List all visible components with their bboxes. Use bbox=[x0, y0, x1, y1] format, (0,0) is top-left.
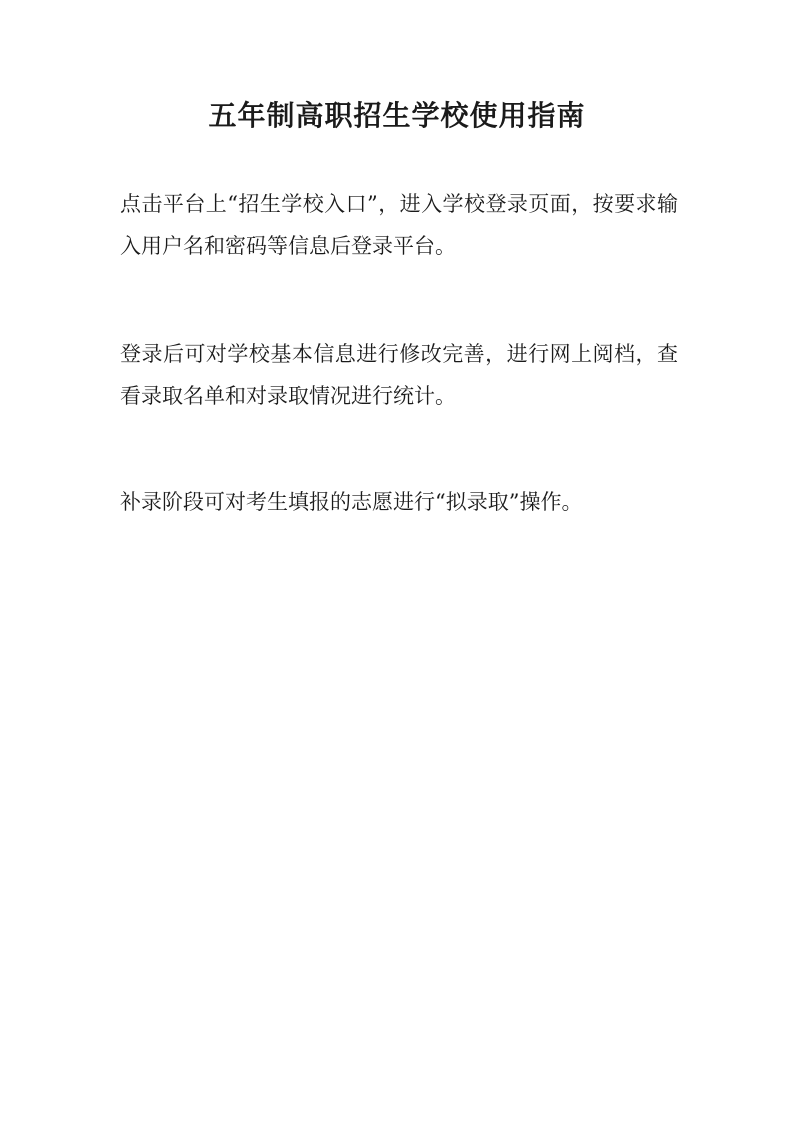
document-page: 五年制高职招生学校使用指南 点击平台上“招生学校入口”，进入学校登录页面，按要求… bbox=[0, 0, 794, 1122]
paragraph-login-instructions: 点击平台上“招生学校入口”，进入学校登录页面，按要求输入用户名和密码等信息后登录… bbox=[120, 183, 678, 267]
document-body: 点击平台上“招生学校入口”，进入学校登录页面，按要求输入用户名和密码等信息后登录… bbox=[120, 183, 678, 523]
paragraph-supplementary-admission: 补录阶段可对考生填报的志愿进行“拟录取”操作。 bbox=[120, 481, 678, 523]
paragraph-post-login-functions: 登录后可对学校基本信息进行修改完善，进行网上阅档，查看录取名单和对录取情况进行统… bbox=[120, 333, 678, 417]
document-title: 五年制高职招生学校使用指南 bbox=[0, 0, 794, 135]
